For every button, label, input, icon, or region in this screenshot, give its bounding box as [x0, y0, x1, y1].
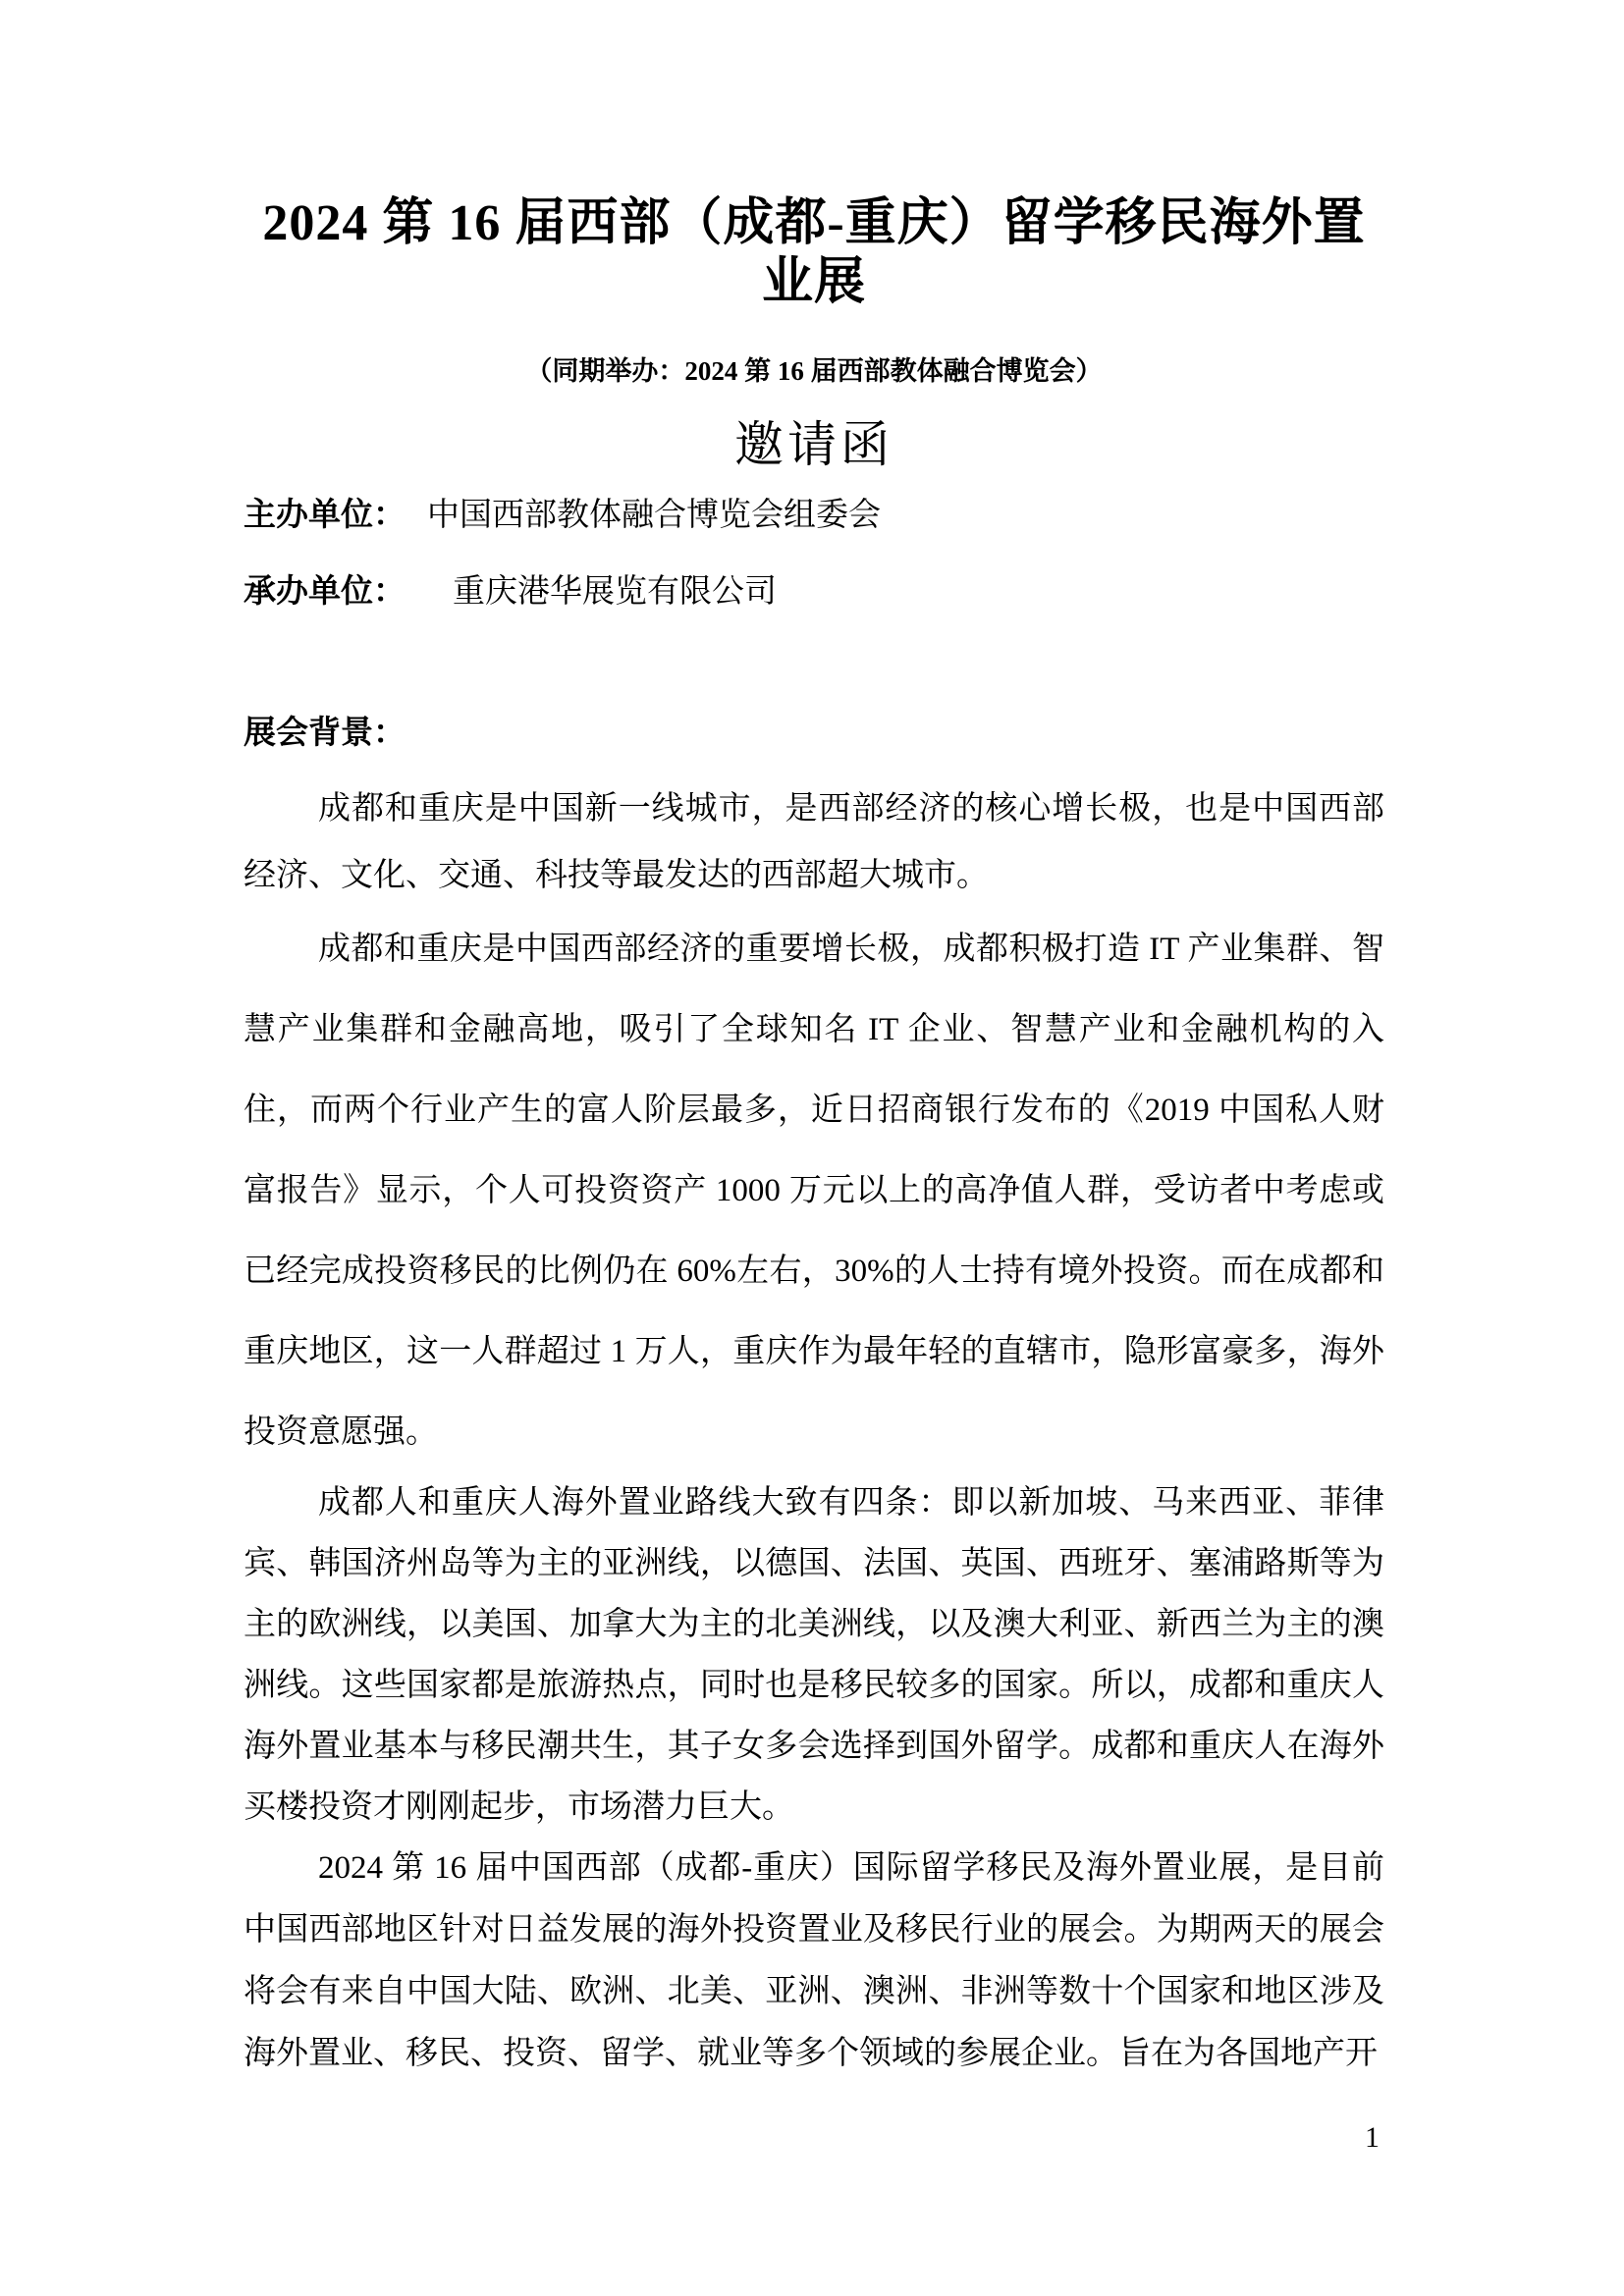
letter-type-heading: 邀请函	[244, 415, 1384, 474]
organizer-undertaker-row: 承办单位：重庆港华展览有限公司	[244, 572, 1384, 612]
document-page: 2024 第 16 届西部（成都-重庆）留学移民海外置业展 （同期举办：2024…	[0, 0, 1624, 2296]
document-content: 2024 第 16 届西部（成都-重庆）留学移民海外置业展 （同期举办：2024…	[0, 0, 1624, 2296]
body-paragraph-4: 2024 第 16 届中国西部（成都-重庆）国际留学移民及海外置业展，是目前中国…	[244, 1838, 1384, 2085]
organizer-host-value: 中国西部教体融合博览会组委会	[427, 498, 881, 533]
page-number: 1	[1365, 2120, 1380, 2156]
body-paragraph-2: 成都和重庆是中国西部经济的重要增长极，成都积极打造 IT 产业集群、智慧产业集群…	[244, 909, 1384, 1472]
organizer-host-label: 主办单位：	[244, 498, 406, 533]
document-title: 2024 第 16 届西部（成都-重庆）留学移民海外置业展	[244, 194, 1384, 312]
organizer-undertaker-value: 重庆港华展览有限公司	[453, 574, 777, 610]
section-heading-background: 展会背景：	[244, 712, 1384, 756]
document-subtitle: （同期举办：2024 第 16 届西部教体融合博览会）	[244, 353, 1384, 391]
organizer-host-row: 主办单位：中国西部教体融合博览会组委会	[244, 496, 1384, 535]
body-paragraph-1: 成都和重庆是中国新一线城市，是西部经济的核心增长极，也是中国西部经济、文化、交通…	[244, 775, 1384, 909]
organizer-undertaker-label: 承办单位：	[244, 574, 406, 610]
body-paragraph-3: 成都人和重庆人海外置业路线大致有四条：即以新加坡、马来西亚、菲律宾、韩国济州岛等…	[244, 1472, 1384, 1838]
